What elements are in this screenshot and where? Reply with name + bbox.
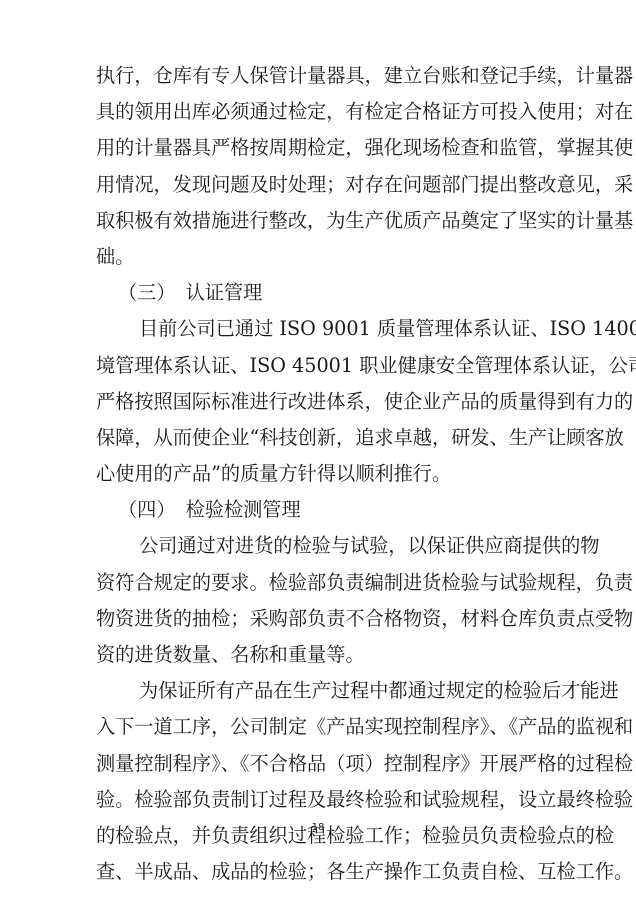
text-line: 保障，从而使企业“科技创新，追求卓越，研发、生产让顾客放 <box>96 420 574 456</box>
text-line: 公司通过对进货的检验与试验，以保证供应商提供的物 <box>96 528 574 564</box>
heading-number: （四） <box>118 492 176 528</box>
text-line: 查、半成品、成品的检验；各生产操作工负责自检、互检工作。 <box>96 854 574 890</box>
section-heading-certification: （三）认证管理 <box>96 275 574 311</box>
document-page: 执行，仓库有专人保管计量器具，建立台账和登记手续，计量器 具的领用出库必须通过检… <box>0 0 636 900</box>
document-body: 执行，仓库有专人保管计量器具，建立台账和登记手续，计量器 具的领用出库必须通过检… <box>96 58 574 890</box>
text-line: 具的领用出库必须通过检定，有检定合格证方可投入使用；对在 <box>96 94 574 130</box>
text-line: 为保证所有产品在生产过程中都通过规定的检验后才能进 <box>96 673 574 709</box>
text-line: 资符合规定的要求。检验部负责编制进货检验与试验规程，负责 <box>96 565 574 601</box>
paragraph-incoming-inspection: 公司通过对进货的检验与试验，以保证供应商提供的物 资符合规定的要求。检验部负责编… <box>96 528 574 673</box>
text-line: 境管理体系认证、ISO 45001 职业健康安全管理体系认证，公司 <box>96 348 574 384</box>
text-line: 础。 <box>96 239 574 275</box>
text-line: 用的计量器具严格按周期检定，强化现场检查和监管，掌握其使 <box>96 130 574 166</box>
text-line: 严格按照国际标准进行改进体系，使企业产品的质量得到有力的 <box>96 384 574 420</box>
text-line: 目前公司已通过 ISO 9001 质量管理体系认证、ISO 14001 环 <box>96 311 574 347</box>
heading-number: （三） <box>118 275 176 311</box>
text-line: 验。检验部负责制订过程及最终检验和试验规程，设立最终检验 <box>96 782 574 818</box>
heading-title: 认证管理 <box>186 281 263 304</box>
page-number: 18 <box>0 822 636 833</box>
text-line: 测量控制程序》、《不合格品（项）控制程序》开展严格的过程检 <box>96 746 574 782</box>
text-line: 用情况，发现问题及时处理；对存在问题部门提出整改意见，采 <box>96 167 574 203</box>
paragraph-process-inspection: 为保证所有产品在生产过程中都通过规定的检验后才能进 入下一道工序，公司制定《产品… <box>96 673 574 890</box>
text-line: 入下一道工序，公司制定《产品实现控制程序》、《产品的监视和 <box>96 709 574 745</box>
heading-title: 检验检测管理 <box>186 498 301 521</box>
paragraph-certification: 目前公司已通过 ISO 9001 质量管理体系认证、ISO 14001 环 境管… <box>96 311 574 492</box>
paragraph-metrology-continuation: 执行，仓库有专人保管计量器具，建立台账和登记手续，计量器 具的领用出库必须通过检… <box>96 58 574 275</box>
section-heading-inspection: （四）检验检测管理 <box>96 492 574 528</box>
text-line: 资的进货数量、名称和重量等。 <box>96 637 574 673</box>
text-line: 物资进货的抽检；采购部负责不合格物资，材料仓库负责点受物 <box>96 601 574 637</box>
text-line: 取积极有效措施进行整改，为生产优质产品奠定了坚实的计量基 <box>96 203 574 239</box>
text-line: 执行，仓库有专人保管计量器具，建立台账和登记手续，计量器 <box>96 58 574 94</box>
text-line: 心使用的产品”的质量方针得以顺利推行。 <box>96 456 574 492</box>
